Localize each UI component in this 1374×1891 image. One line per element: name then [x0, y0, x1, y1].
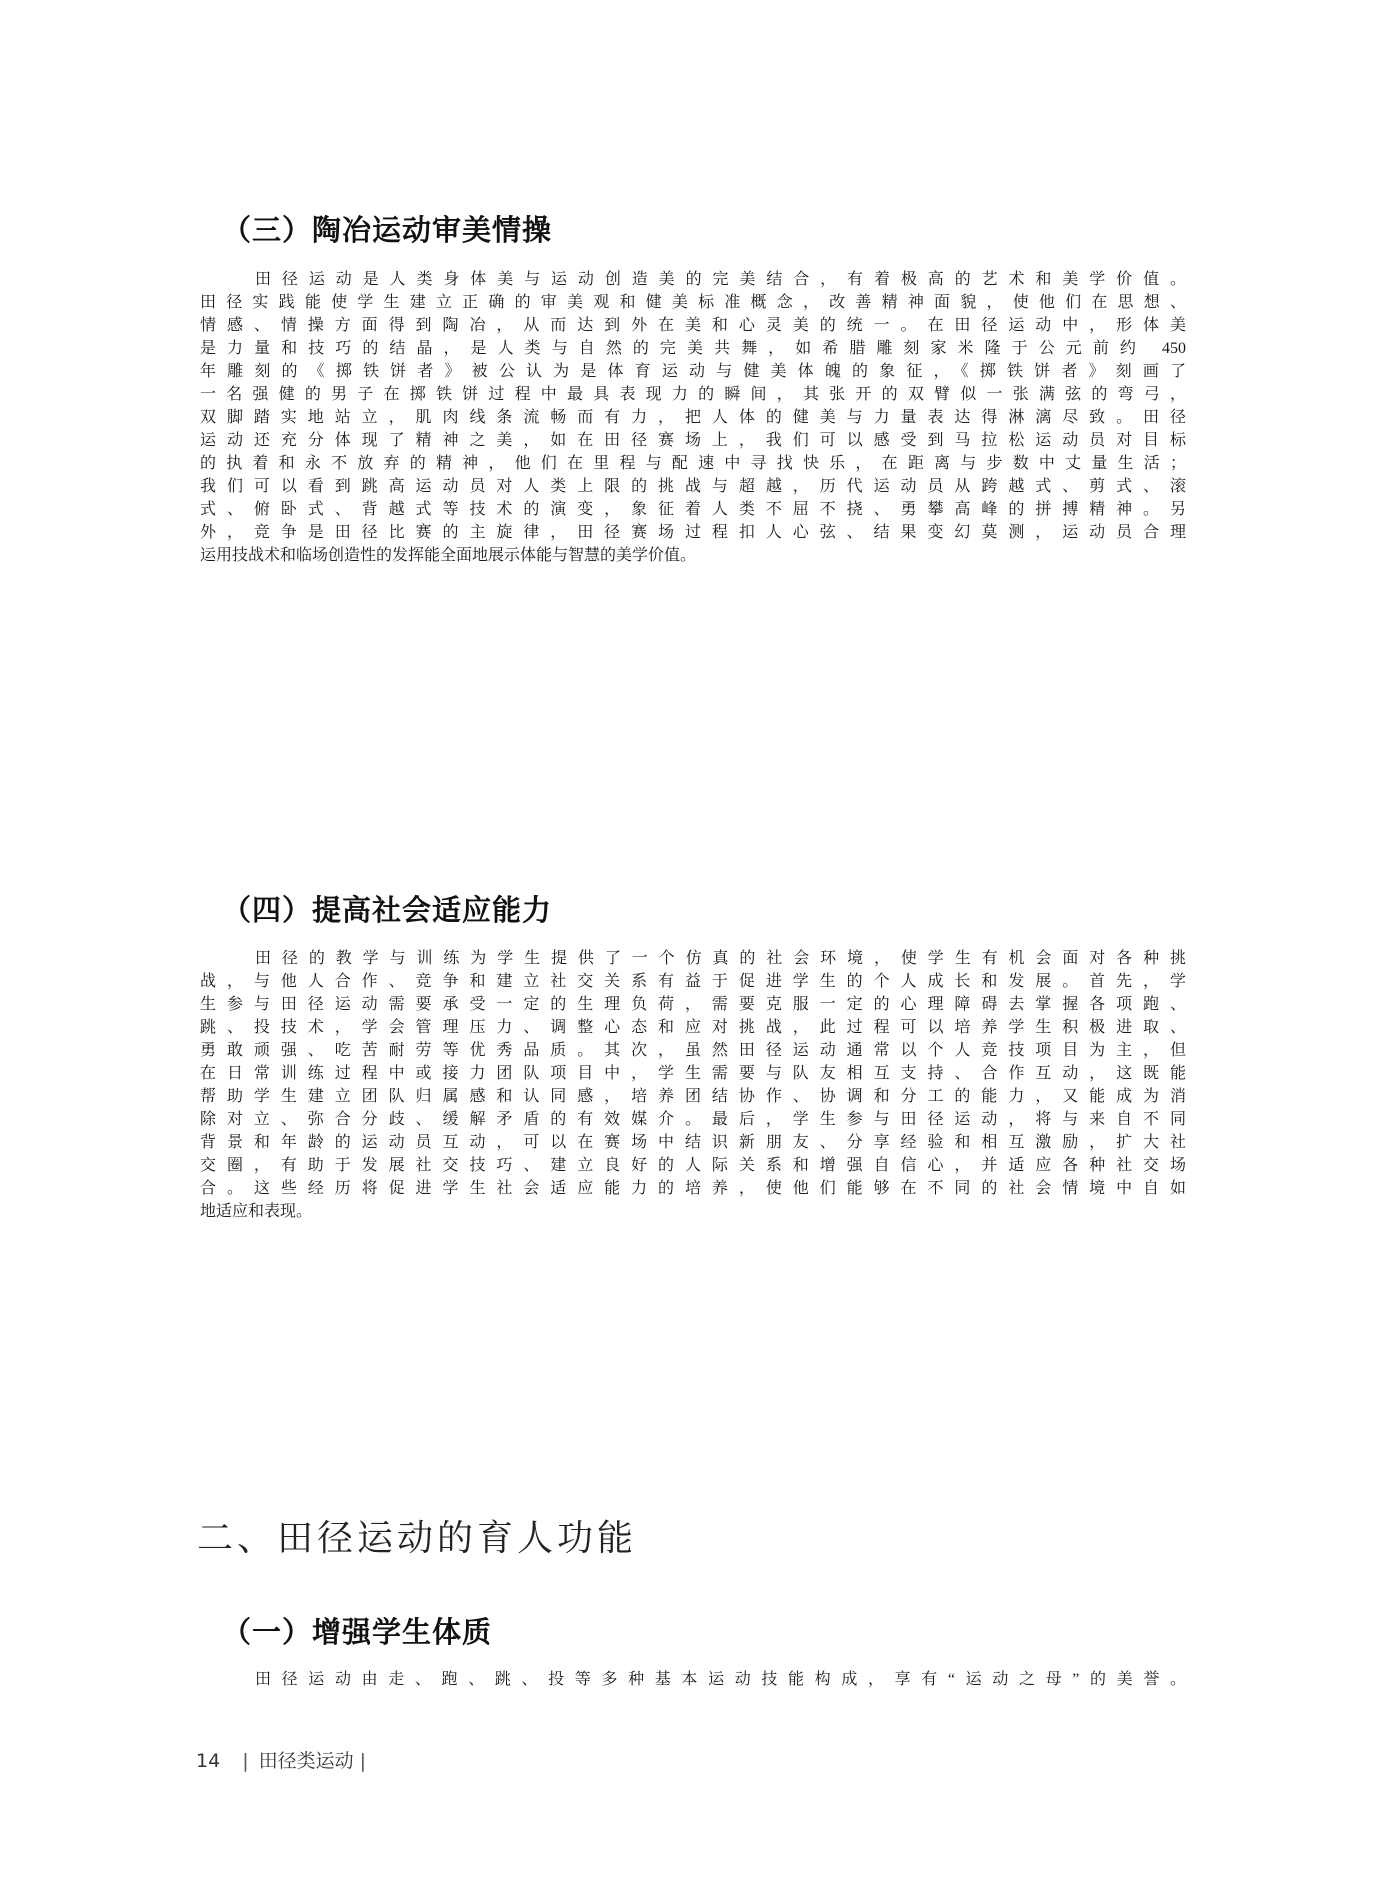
text-line: 勇敢顽强、吃苦耐劳等优秀品质。其次，虽然田径运动通常以个人竞技项目为主，但 [200, 1037, 1186, 1060]
running-title: 田径类运动 [259, 1750, 354, 1772]
text-line: 是力量和技巧的结晶，是人类与自然的完美共舞，如希腊雕刻家米隆于公元前约 450 [200, 335, 1186, 358]
footer-separator: | [242, 1750, 248, 1772]
text-line: 帮助学生建立团队归属感和认同感，培养团结协作、协调和分工的能力，又能成为消 [200, 1083, 1186, 1106]
text-line: 外，竞争是田径比赛的主旋律，田径赛场过程扣人心弦、结果变幻莫测，运动员合理 [200, 519, 1186, 542]
text-line: 交圈，有助于发展社交技巧、建立良好的人际关系和增强自信心，并适应各种社交场 [200, 1152, 1186, 1175]
subsection-heading-1: （一）增强学生体质 [222, 1612, 492, 1652]
text-line: 一名强健的男子在掷铁饼过程中最具表现力的瞬间，其张开的双臂似一张满弦的弯弓， [200, 381, 1186, 404]
text-line: 的执着和永不放弃的精神，他们在里程与配速中寻找快乐，在距离与步数中丈量生活； [200, 450, 1186, 473]
page-footer: 14 |田径类运动| [196, 1747, 376, 1775]
page-number: 14 [196, 1750, 220, 1772]
text-line: 我们可以看到跳高运动员对人类上限的挑战与超越，历代运动员从跨越式、剪式、滚 [200, 473, 1186, 496]
subsection-heading-4: （四）提高社会适应能力 [222, 890, 552, 930]
text-line: 情感、情操方面得到陶冶，从而达到外在美和心灵美的统一。在田径运动中，形体美 [200, 312, 1186, 335]
text-line: 式、俯卧式、背越式等技术的演变，象征着人类不屈不挠、勇攀高峰的拼搏精神。另 [200, 496, 1186, 519]
text-line: 除对立、弥合分歧、缓解矛盾的有效媒介。最后，学生参与田径运动，将与来自不同 [200, 1106, 1186, 1129]
text-line: 运动还充分体现了精神之美，如在田径赛场上，我们可以感受到马拉松运动员对目标 [200, 427, 1186, 450]
text-line: 田径运动是人类身体美与运动创造美的完美结合，有着极高的艺术和美学价值。 [200, 266, 1186, 289]
text-line: 生参与田径运动需要承受一定的生理负荷，需要克服一定的心理障碍去掌握各项跑、 [200, 991, 1186, 1014]
text-line: 年雕刻的《掷铁饼者》被公认为是体育运动与健美体魄的象征，《掷铁饼者》刻画了 [200, 358, 1186, 381]
text-line: 在日常训练过程中或接力团队项目中，学生需要与队友相互支持、合作互动，这既能 [200, 1060, 1186, 1083]
text-line: 田径的教学与训练为学生提供了一个仿真的社会环境，使学生有机会面对各种挑 [200, 945, 1186, 968]
paragraph-physique: 田径运动由走、跑、跳、投等多种基本运动技能构成，享有“运动之母”的美誉。 [200, 1666, 1186, 1689]
text-line: 地适应和表现。 [200, 1198, 1186, 1221]
footer-separator: | [360, 1750, 366, 1772]
paragraph-aesthetic: 田径运动是人类身体美与运动创造美的完美结合，有着极高的艺术和美学价值。 田径实践… [200, 266, 1186, 565]
text-line: 跳、投技术，学会管理压力、调整心态和应对挑战，此过程可以培养学生积极进取、 [200, 1014, 1186, 1037]
text-line: 背景和年龄的运动员互动，可以在赛场中结识新朋友、分享经验和相互激励，扩大社 [200, 1129, 1186, 1152]
text-line: 田径实践能使学生建立正确的审美观和健美标准概念，改善精神面貌，使他们在思想、 [200, 289, 1186, 312]
text-line: 战，与他人合作、竞争和建立社交关系有益于促进学生的个人成长和发展。首先，学 [200, 968, 1186, 991]
paragraph-social-adaptation: 田径的教学与训练为学生提供了一个仿真的社会环境，使学生有机会面对各种挑 战，与他… [200, 945, 1186, 1221]
text-line: 运用技战术和临场创造性的发挥能全面地展示体能与智慧的美学价值。 [200, 542, 1186, 565]
section-heading-2: 二、田径运动的育人功能 [197, 1515, 637, 1563]
text-line: 田径运动由走、跑、跳、投等多种基本运动技能构成，享有“运动之母”的美誉。 [200, 1666, 1186, 1689]
book-page: （三）陶冶运动审美情操 田径运动是人类身体美与运动创造美的完美结合，有着极高的艺… [0, 0, 1374, 1891]
text-line: 合。这些经历将促进学生社会适应能力的培养，使他们能够在不同的社会情境中自如 [200, 1175, 1186, 1198]
subsection-heading-3: （三）陶冶运动审美情操 [222, 210, 552, 250]
text-line: 双脚踏实地站立，肌肉线条流畅而有力，把人体的健美与力量表达得淋漓尽致。田径 [200, 404, 1186, 427]
